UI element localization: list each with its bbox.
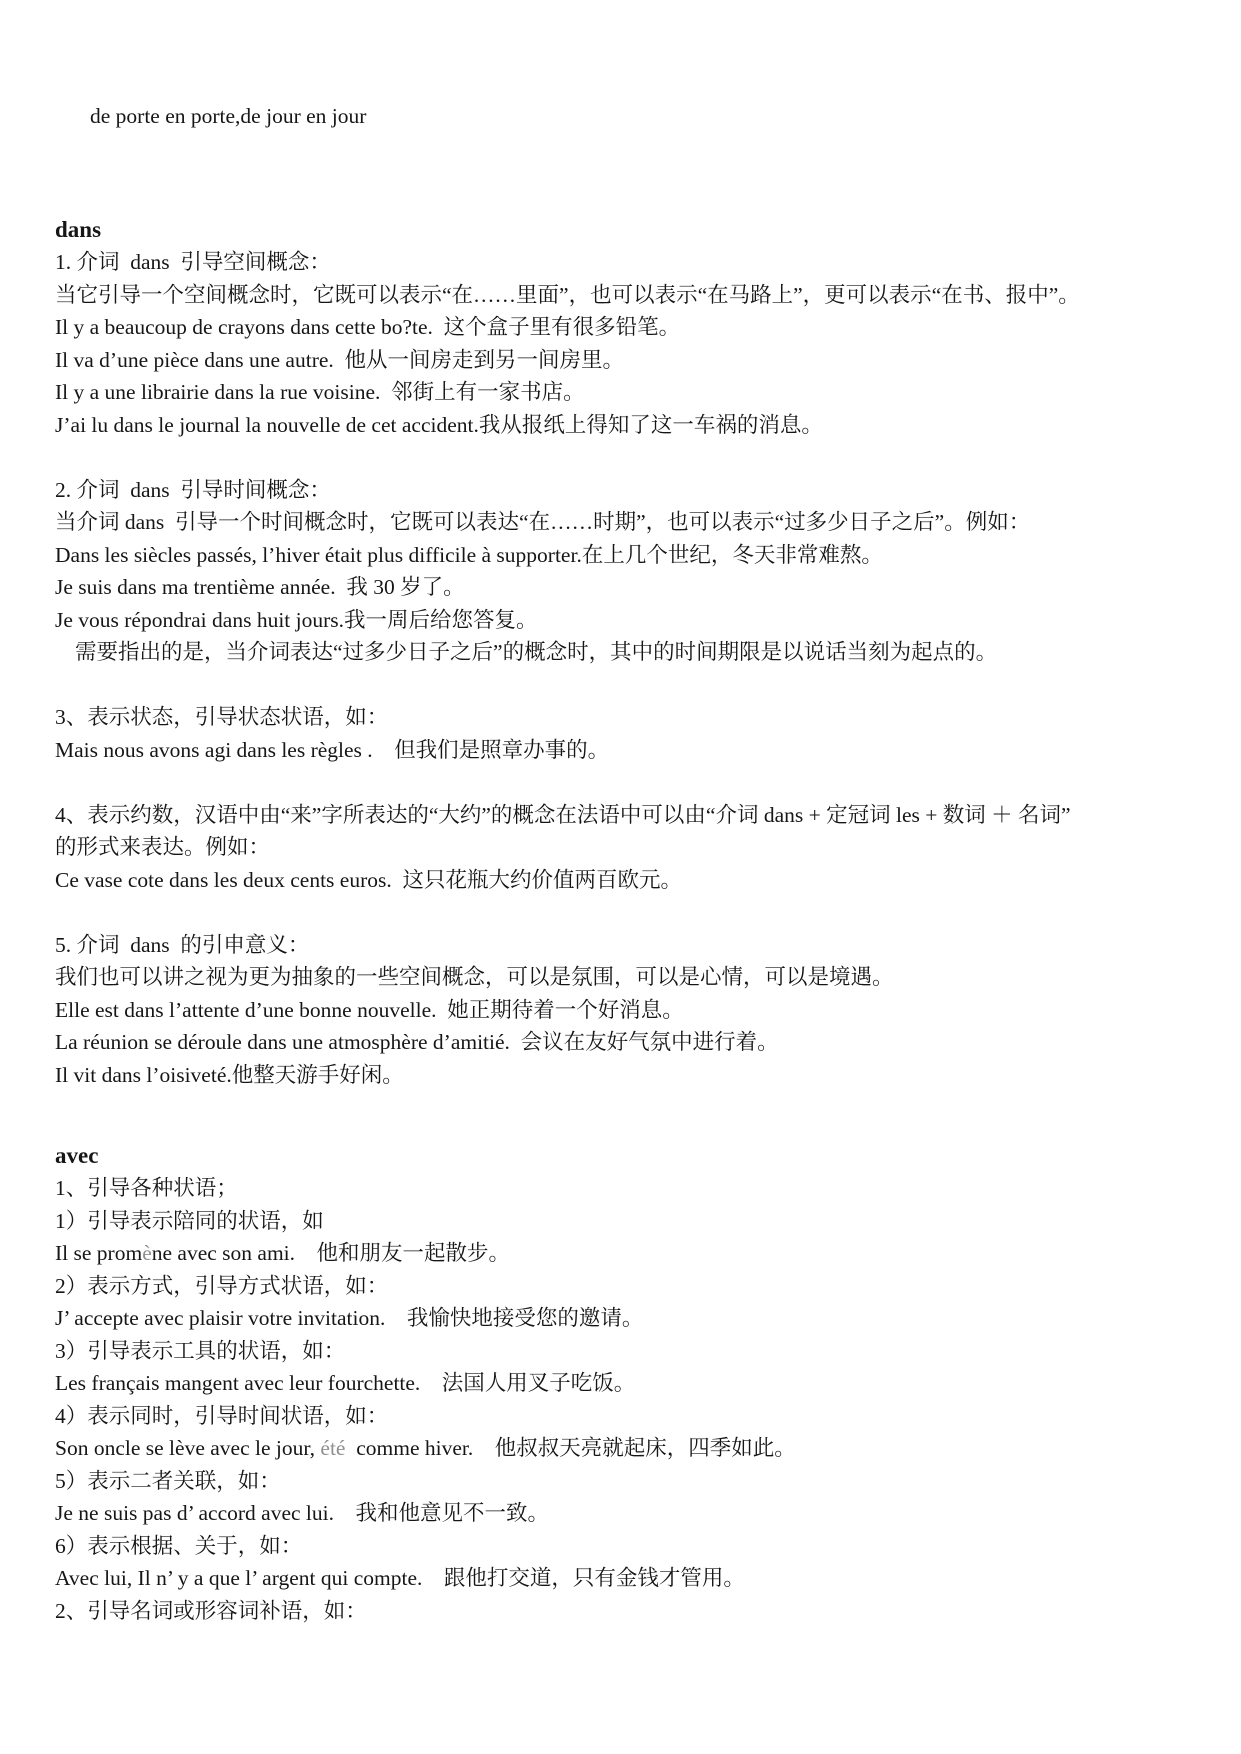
- text-segment: Dans les siècles passés, l’hiver était p…: [55, 543, 883, 567]
- text-segment: 1. 介词 dans 引导空间概念：: [55, 250, 331, 274]
- text-segment: J’ai lu dans le journal la nouvelle de c…: [55, 413, 823, 437]
- text-line: Je vous répondrai dans huit jours.我一周后给您…: [55, 604, 1201, 637]
- document-page: de porte en porte,de jour en jourdans1. …: [0, 0, 1241, 1754]
- text-line: 我们也可以讲之视为更为抽象的一些空间概念，可以是氛围，可以是心情，可以是境遇。: [55, 961, 1201, 994]
- text-line: Elle est dans l’attente d’une bonne nouv…: [55, 994, 1201, 1027]
- text-line: J’ai lu dans le journal la nouvelle de c…: [55, 409, 1201, 442]
- text-segment: 1）引导表示陪同的状语，如: [55, 1209, 324, 1233]
- section-heading-dans: dans: [55, 214, 1201, 247]
- text-line: Les français mangent avec leur fourchett…: [55, 1367, 1201, 1400]
- blank-line: [55, 766, 1201, 799]
- text-line: 2）表示方式，引导方式状语，如：: [55, 1270, 1201, 1303]
- text-line: 5. 介词 dans 的引申意义：: [55, 929, 1201, 962]
- text-segment: Je vous répondrai dans huit jours.我一周后给您…: [55, 608, 538, 632]
- text-line: 5）表示二者关联，如：: [55, 1465, 1201, 1498]
- text-line: 3、表示状态，引导状态状语，如：: [55, 701, 1201, 734]
- text-segment: 的形式来表达。例如：: [55, 835, 270, 859]
- text-segment: avec: [55, 1143, 98, 1168]
- text-segment: comme hiver. 他叔叔天亮就起床，四季如此。: [345, 1436, 795, 1460]
- text-line: 3）引导表示工具的状语，如：: [55, 1335, 1201, 1368]
- text-segment: 2. 介词 dans 引导时间概念：: [55, 478, 331, 502]
- blank-line: [55, 669, 1201, 702]
- text-line: La réunion se déroule dans une atmosphèr…: [55, 1026, 1201, 1059]
- text-line: J’ accepte avec plaisir votre invitation…: [55, 1302, 1201, 1335]
- text-segment: 我们也可以讲之视为更为抽象的一些空间概念，可以是氛围，可以是心情，可以是境遇。: [55, 965, 894, 989]
- text-segment: Il se prom: [55, 1241, 142, 1265]
- text-line: Avec lui, Il n’ y a que l’ argent qui co…: [55, 1562, 1201, 1595]
- blank-line: [55, 165, 1201, 198]
- text-segment: 2、引导名词或形容词补语，如：: [55, 1599, 367, 1623]
- text-segment: Il y a beaucoup de crayons dans cette bo…: [55, 315, 680, 339]
- muted-text-segment: été: [320, 1436, 345, 1460]
- text-segment: La réunion se déroule dans une atmosphèr…: [55, 1030, 779, 1054]
- text-segment: Mais nous avons agi dans les règles . 但我…: [55, 738, 609, 762]
- text-line: 1. 介词 dans 引导空间概念：: [55, 246, 1201, 279]
- text-line: 1）引导表示陪同的状语，如: [55, 1205, 1201, 1238]
- text-segment: Il y a une librairie dans la rue voisine…: [55, 380, 585, 404]
- text-segment: 5）表示二者关联，如：: [55, 1469, 281, 1493]
- text-line: 2. 介词 dans 引导时间概念：: [55, 474, 1201, 507]
- document-body: de porte en porte,de jour en jourdans1. …: [55, 100, 1201, 1627]
- text-segment: 1、引导各种状语；: [55, 1176, 238, 1200]
- blank-line: [55, 1091, 1201, 1124]
- text-line: 6）表示根据、关于，如：: [55, 1530, 1201, 1563]
- text-line: 的形式来表达。例如：: [55, 831, 1201, 864]
- blank-line: [55, 896, 1201, 929]
- blank-line: [55, 441, 1201, 474]
- text-line: Son oncle se lève avec le jour, été comm…: [55, 1432, 1201, 1465]
- text-line: 当它引导一个空间概念时，它既可以表示“在……里面”，也可以表示“在马路上”，更可…: [55, 279, 1201, 312]
- text-segment: Il vit dans l’oisiveté.他整天游手好闲。: [55, 1063, 404, 1087]
- text-segment: J’ accepte avec plaisir votre invitation…: [55, 1306, 643, 1330]
- text-line: 4）表示同时，引导时间状语，如：: [55, 1400, 1201, 1433]
- text-line: Il y a une librairie dans la rue voisine…: [55, 376, 1201, 409]
- text-line: 4、表示约数，汉语中由“来”字所表达的“大约”的概念在法语中可以由“介词 dan…: [55, 799, 1201, 832]
- text-line: Il va d’une pièce dans une autre. 他从一间房走…: [55, 344, 1201, 377]
- muted-text-segment: è: [142, 1241, 152, 1265]
- text-segment: 3、表示状态，引导状态状语，如：: [55, 705, 388, 729]
- text-line: Mais nous avons agi dans les règles . 但我…: [55, 734, 1201, 767]
- text-segment: ne avec son ami. 他和朋友一起散步。: [152, 1241, 510, 1265]
- text-line: 2、引导名词或形容词补语，如：: [55, 1595, 1201, 1628]
- text-segment: Il va d’une pièce dans une autre. 他从一间房走…: [55, 348, 624, 372]
- text-line: Ce vase cote dans les deux cents euros. …: [55, 864, 1201, 897]
- text-line: Dans les siècles passés, l’hiver était p…: [55, 539, 1201, 572]
- text-segment: de porte en porte,de jour en jour: [90, 104, 366, 128]
- text-line: 1、引导各种状语；: [55, 1172, 1201, 1205]
- text-segment: 需要指出的是，当介词表达“过多少日子之后”的概念时，其中的时间期限是以说话当刻为…: [75, 640, 997, 664]
- text-segment: dans: [55, 217, 101, 242]
- text-segment: Son oncle se lève avec le jour,: [55, 1436, 320, 1460]
- text-segment: Je suis dans ma trentième année. 我 30 岁了…: [55, 575, 465, 599]
- text-line: 当介词 dans 引导一个时间概念时，它既可以表达“在……时期”，也可以表示“过…: [55, 506, 1201, 539]
- section-heading-avec: avec: [55, 1140, 1201, 1173]
- text-segment: 5. 介词 dans 的引申意义：: [55, 933, 309, 957]
- text-segment: Je ne suis pas d’ accord avec lui. 我和他意见…: [55, 1501, 549, 1525]
- text-segment: 当介词 dans 引导一个时间概念时，它既可以表达“在……时期”，也可以表示“过…: [55, 510, 1030, 534]
- text-segment: Avec lui, Il n’ y a que l’ argent qui co…: [55, 1566, 745, 1590]
- text-line: Je ne suis pas d’ accord avec lui. 我和他意见…: [55, 1497, 1201, 1530]
- text-segment: 4）表示同时，引导时间状语，如：: [55, 1404, 388, 1428]
- text-line: Il se promène avec son ami. 他和朋友一起散步。: [55, 1237, 1201, 1270]
- text-line: 需要指出的是，当介词表达“过多少日子之后”的概念时，其中的时间期限是以说话当刻为…: [55, 636, 1201, 669]
- text-segment: 3）引导表示工具的状语，如：: [55, 1339, 345, 1363]
- blank-line: [55, 133, 1201, 166]
- text-segment: 2）表示方式，引导方式状语，如：: [55, 1274, 388, 1298]
- text-segment: 当它引导一个空间概念时，它既可以表示“在……里面”，也可以表示“在马路上”，更可…: [55, 283, 1080, 307]
- text-segment: Elle est dans l’attente d’une bonne nouv…: [55, 998, 684, 1022]
- text-segment: Les français mangent avec leur fourchett…: [55, 1371, 635, 1395]
- text-segment: Ce vase cote dans les deux cents euros. …: [55, 868, 682, 892]
- text-segment: 4、表示约数，汉语中由“来”字所表达的“大约”的概念在法语中可以由“介词 dan…: [55, 803, 1071, 827]
- phrase-line: de porte en porte,de jour en jour: [55, 100, 1201, 133]
- text-line: Je suis dans ma trentième année. 我 30 岁了…: [55, 571, 1201, 604]
- text-line: Il vit dans l’oisiveté.他整天游手好闲。: [55, 1059, 1201, 1092]
- text-segment: 6）表示根据、关于，如：: [55, 1534, 302, 1558]
- text-line: Il y a beaucoup de crayons dans cette bo…: [55, 311, 1201, 344]
